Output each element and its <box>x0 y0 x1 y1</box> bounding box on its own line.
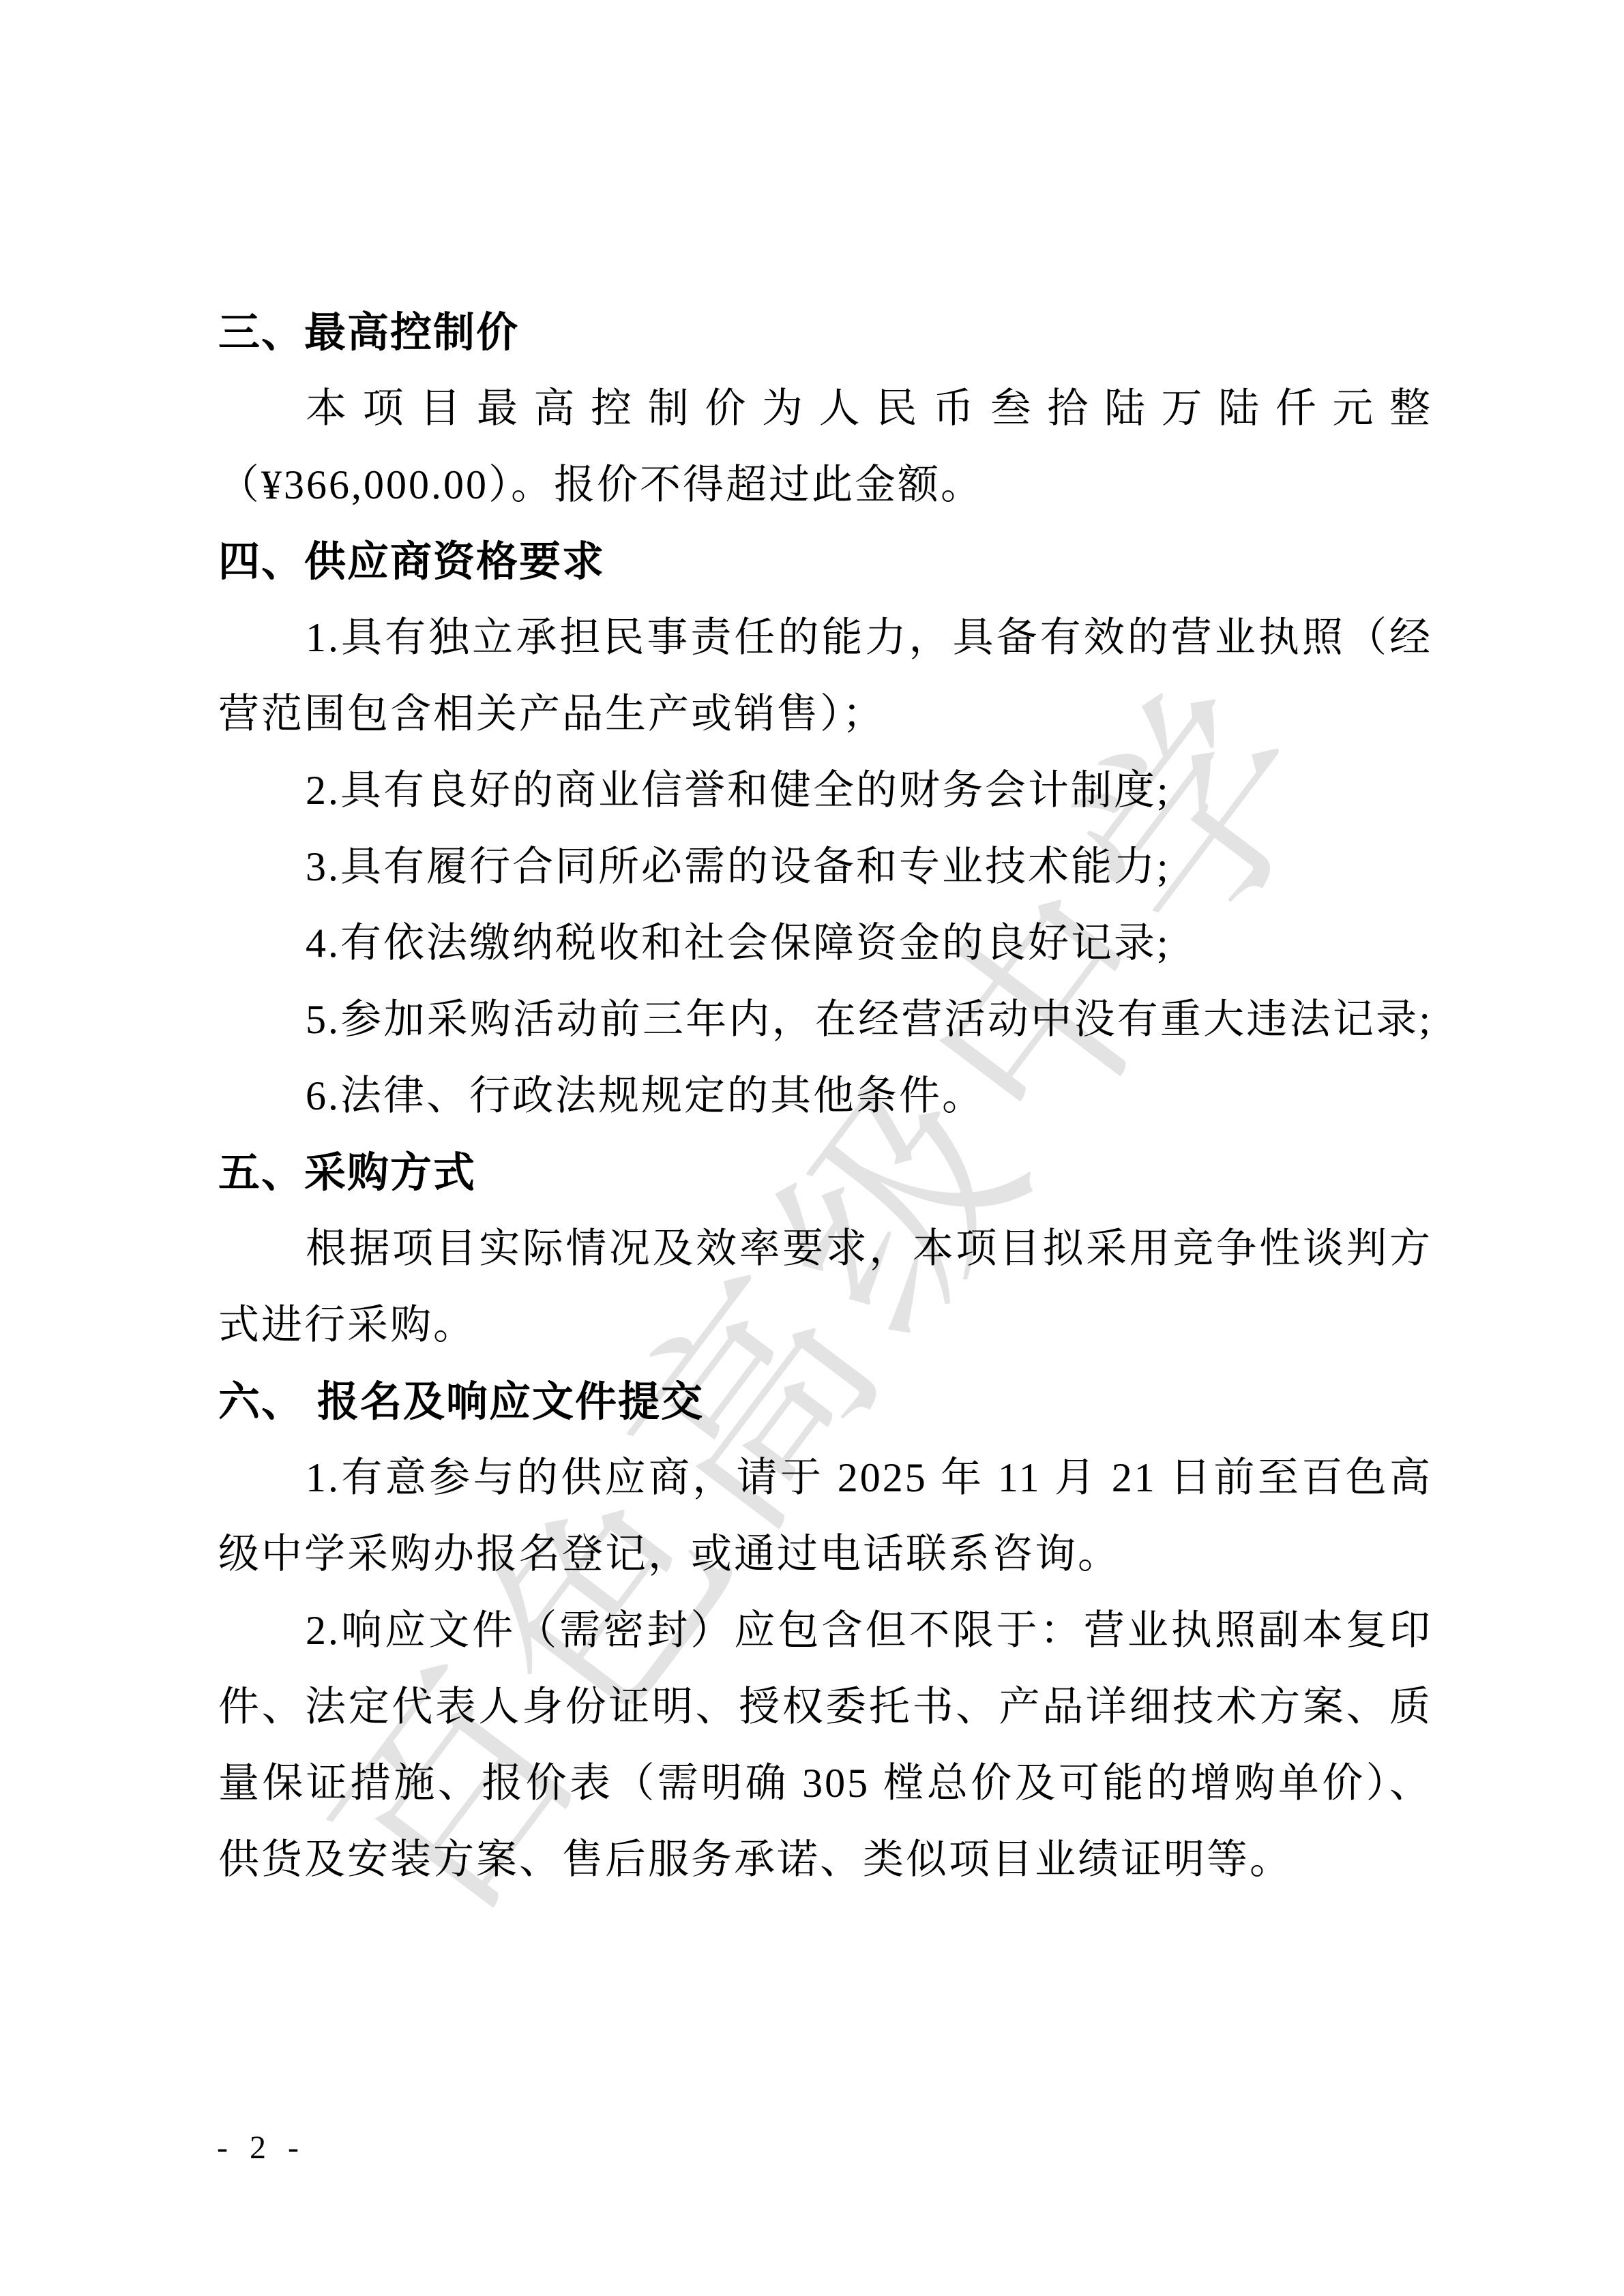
line-submission-2b: 件、法定代表人身份证明、授权委托书、产品详细技术方案、质 <box>218 1669 1432 1745</box>
line-qualification-2: 2.具有良好的商业信誉和健全的财务会计制度; <box>218 752 1432 829</box>
line-qualification-1b: 营范围包含相关产品生产或销售）； <box>218 676 1432 752</box>
line-qualification-6: 6.法律、行政法规规定的其他条件。 <box>218 1058 1432 1134</box>
document-body: 三、最高控制价 本项目最高控制价为人民币叁拾陆万陆仟元整 （¥366,000.0… <box>218 294 1432 1898</box>
heading-procurement-method: 五、采购方式 <box>218 1134 1432 1210</box>
line-registration-1a: 1.有意参与的供应商，请于 2025 年 11 月 21 日前至百色高 <box>218 1440 1432 1516</box>
line-submission-2c: 量保证措施、报价表（需明确 305 樘总价及可能的增购单价）、 <box>218 1745 1432 1821</box>
line-max-price-2: （¥366,000.00）。报价不得超过此金额。 <box>218 447 1432 523</box>
line-registration-1b: 级中学采购办报名登记，或通过电话联系咨询。 <box>218 1516 1432 1592</box>
line-submission-2d: 供货及安装方案、售后服务承诺、类似项目业绩证明等。 <box>218 1821 1432 1898</box>
heading-registration-submission: 六、 报名及响应文件提交 <box>218 1363 1432 1440</box>
line-qualification-3: 3.具有履行合同所必需的设备和专业技术能力; <box>218 829 1432 905</box>
heading-max-control-price: 三、最高控制价 <box>218 294 1432 370</box>
page-number: - 2 - <box>217 2126 306 2170</box>
line-max-price-1: 本项目最高控制价为人民币叁拾陆万陆仟元整 <box>218 370 1432 447</box>
line-qualification-1a: 1.具有独立承担民事责任的能力，具备有效的营业执照（经 <box>218 599 1432 676</box>
line-procurement-method-1: 根据项目实际情况及效率要求，本项目拟采用竞争性谈判方 <box>218 1210 1432 1287</box>
line-submission-2a: 2.响应文件（需密封）应包含但不限于：营业执照副本复印 <box>218 1592 1432 1669</box>
line-procurement-method-2: 式进行采购。 <box>218 1287 1432 1363</box>
line-qualification-4: 4.有依法缴纳税收和社会保障资金的良好记录; <box>218 905 1432 981</box>
heading-supplier-qualifications: 四、供应商资格要求 <box>218 523 1432 599</box>
line-qualification-5: 5.参加采购活动前三年内，在经营活动中没有重大违法记录; <box>218 981 1432 1058</box>
